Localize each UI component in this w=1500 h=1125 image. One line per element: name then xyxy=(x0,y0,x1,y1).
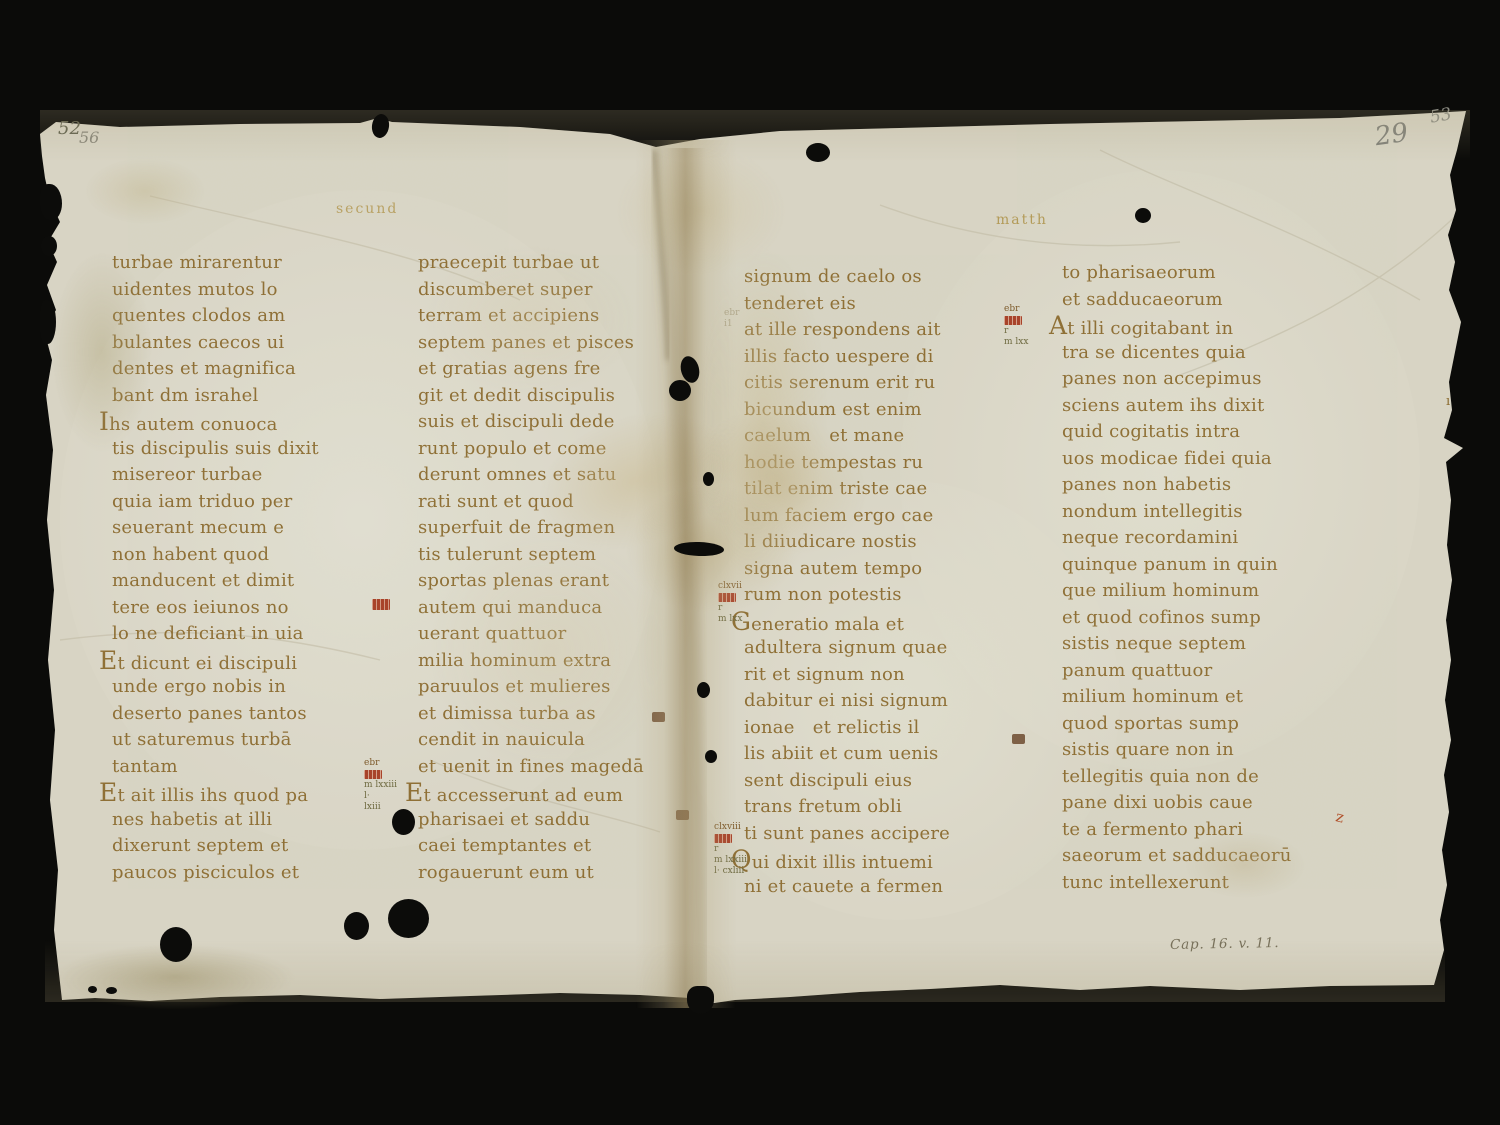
manuscript-text-line: ni et cauete a fermen xyxy=(744,874,1039,901)
manuscript-text-line: nondum intellegitis xyxy=(1062,499,1367,526)
gloss-text: m lxxiii xyxy=(714,855,774,866)
manuscript-text-line: tellegitis quia non de xyxy=(1062,764,1367,791)
manuscript-text-line: milia hominum extra xyxy=(418,648,718,675)
manuscript-text-line: rum non potestis xyxy=(744,582,1039,609)
gloss-text: ebr xyxy=(1004,304,1050,315)
eusebian-gloss: clxviiirm lxxiiil· cxliii xyxy=(714,822,774,877)
manuscript-text-line: paucos pisciculos et xyxy=(112,860,412,887)
manuscript-text-line: sciens autem ihs dixit xyxy=(1062,393,1367,420)
manuscript-text-line: rati sunt et quod xyxy=(418,489,718,516)
folio-number-pencil: 56 xyxy=(79,128,99,147)
manuscript-text-line: panes non habetis xyxy=(1062,472,1367,499)
manuscript-text-line: illis facto uespere di xyxy=(744,344,1039,371)
ink-square-mark xyxy=(652,712,665,722)
manuscript-text-line: non habent quod xyxy=(112,542,412,569)
manuscript-text-line: milium hominum et xyxy=(1062,684,1367,711)
manuscript-text-line: tilat enim triste cae xyxy=(744,476,1039,503)
manuscript-text-line: quod sportas sump xyxy=(1062,711,1367,738)
manuscript-text-line: misereor turbae xyxy=(112,462,412,489)
manuscript-text-line: saeorum et sadducaeorū xyxy=(1062,843,1367,870)
margin-tick-mark: ı xyxy=(1446,394,1450,409)
gloss-text: r xyxy=(1004,326,1050,337)
gloss-text: l· xyxy=(364,791,410,802)
manuscript-text-line: neque recordamini xyxy=(1062,525,1367,552)
manuscript-text-line: septem panes et pisces xyxy=(418,330,718,357)
gloss-text: l· cxliii xyxy=(714,866,774,877)
manuscript-text-line: ionae et relictis il xyxy=(744,715,1039,742)
chapter-verse-annotation: Cap. 16. v. 11. xyxy=(1170,935,1280,953)
gloss-text: r xyxy=(714,844,774,855)
ink-square-mark xyxy=(676,810,689,820)
manuscript-text-line: uos modicae fidei quia xyxy=(1062,446,1367,473)
eusebian-gloss: clxviirm lxx xyxy=(718,581,770,625)
gloss-text: m lxxiii xyxy=(364,780,410,791)
manuscript-text-line: ut saturemus turbā xyxy=(112,727,412,754)
manuscript-text-line: seuerant mecum e xyxy=(112,515,412,542)
gloss-text: clxviii xyxy=(714,822,774,833)
gloss-text: r xyxy=(718,603,770,614)
manuscript-text-line: tunc intellexerunt xyxy=(1062,870,1367,897)
running-title-left: secund xyxy=(336,201,398,217)
manuscript-text-line: et dimissa turba as xyxy=(418,701,718,728)
text-layer: 52 56 secund matth 29 53 Cap. 16. v. 11.… xyxy=(0,0,1500,1125)
text-column-2: praecepit turbae utdiscumberet superterr… xyxy=(418,250,718,886)
manuscript-text-line: superfuit de fragmen xyxy=(418,515,718,542)
manuscript-text-line: At illi cogitabant in xyxy=(1062,313,1367,340)
manuscript-text-line: uerant quattuor xyxy=(418,621,718,648)
manuscript-text-line: Qui dixit illis intuemi xyxy=(744,847,1039,874)
folio-number-ink: 52 xyxy=(58,118,81,139)
manuscript-text-line: dixerunt septem et xyxy=(112,833,412,860)
gloss-text: clxvii xyxy=(718,581,770,592)
gloss-text: ebr xyxy=(364,758,410,769)
manuscript-text-line: ti sunt panes accipere xyxy=(744,821,1039,848)
page-number-pencil-right: 53 xyxy=(1428,104,1453,127)
manuscript-text-line: et sadducaeorum xyxy=(1062,287,1367,314)
manuscript-text-line: et quod cofinos sump xyxy=(1062,605,1367,632)
manuscript-text-line: praecepit turbae ut xyxy=(418,250,718,277)
manuscript-text-line: et gratias agens fre xyxy=(418,356,718,383)
manuscript-text-line: pharisaei et saddu xyxy=(418,807,718,834)
gloss-text: m lxx xyxy=(1004,337,1050,348)
manuscript-text-line: lum faciem ergo cae xyxy=(744,503,1039,530)
manuscript-text-line: uidentes mutos lo xyxy=(112,277,412,304)
rubric-block xyxy=(718,593,736,602)
eusebian-gloss: ebrm lxxiiil·lxiii xyxy=(364,758,410,813)
manuscript-text-line: cendit in nauicula xyxy=(418,727,718,754)
manuscript-text-line: derunt omnes et satu xyxy=(418,462,718,489)
gloss-text: ebr xyxy=(724,308,756,319)
manuscript-text-line: Et dicunt ei discipuli xyxy=(112,648,412,675)
manuscript-text-line: tenderet eis xyxy=(744,291,1039,318)
manuscript-text-line: quid cogitatis intra xyxy=(1062,419,1367,446)
ink-square-mark xyxy=(1012,734,1025,744)
manuscript-text-line: sportas plenas erant xyxy=(418,568,718,595)
manuscript-text-line: manducent et dimit xyxy=(112,568,412,595)
manuscript-text-line: trans fretum obli xyxy=(744,794,1039,821)
gloss-text: lxiii xyxy=(364,802,410,813)
manuscript-text-line: discumberet super xyxy=(418,277,718,304)
manuscript-text-line: que milium hominum xyxy=(1062,578,1367,605)
manuscript-text-line: unde ergo nobis in xyxy=(112,674,412,701)
manuscript-text-line: turbae mirarentur xyxy=(112,250,412,277)
manuscript-text-line: adultera signum quae xyxy=(744,635,1039,662)
manuscript-text-line: pane dixi uobis caue xyxy=(1062,790,1367,817)
manuscript-text-line: tis tulerunt septem xyxy=(418,542,718,569)
manuscript-text-line: runt populo et come xyxy=(418,436,718,463)
manuscript-text-line: at ille respondens ait xyxy=(744,317,1039,344)
manuscript-text-line: caei temptantes et xyxy=(418,833,718,860)
manuscript-text-line: tis discipulis suis dixit xyxy=(112,436,412,463)
text-column-4: to pharisaeorumet sadducaeorumAt illi co… xyxy=(1062,260,1367,896)
manuscript-text-line: sent discipuli eius xyxy=(744,768,1039,795)
manuscript-text-line: bulantes caecos ui xyxy=(112,330,412,357)
manuscript-text-line: quia iam triduo per xyxy=(112,489,412,516)
rubric-mark xyxy=(372,599,390,610)
manuscript-text-line: panum quattuor xyxy=(1062,658,1367,685)
manuscript-text-line: suis et discipuli dede xyxy=(418,409,718,436)
manuscript-text-line: signum de caelo os xyxy=(744,264,1039,291)
manuscript-text-line: bicundum est enim xyxy=(744,397,1039,424)
folio-number-pencil-right: 29 xyxy=(1373,118,1410,152)
eusebian-gloss: ebrrm lxx xyxy=(1004,304,1050,348)
manuscript-text-line: rit et signum non xyxy=(744,662,1039,689)
manuscript-text-line: deserto panes tantos xyxy=(112,701,412,728)
manuscript-text-line: rogauerunt eum ut xyxy=(418,860,718,887)
manuscript-text-line: hodie tempestas ru xyxy=(744,450,1039,477)
manuscript-text-line: quentes clodos am xyxy=(112,303,412,330)
manuscript-text-line: Generatio mala et xyxy=(744,609,1039,636)
rubric-block xyxy=(714,834,732,843)
manuscript-text-line: git et dedit discipulis xyxy=(418,383,718,410)
manuscript-text-line: Ihs autem conuoca xyxy=(112,409,412,436)
manuscript-text-line: et uenit in fines magedā xyxy=(418,754,718,781)
running-title-right: matth xyxy=(996,212,1048,228)
manuscript-text-line: lis abiit et cum uenis xyxy=(744,741,1039,768)
manuscript-text-line: lo ne deficiant in uia xyxy=(112,621,412,648)
rubric-block xyxy=(1004,316,1022,325)
gloss-text: i1 xyxy=(724,319,756,330)
manuscript-text-line: dentes et magnifica xyxy=(112,356,412,383)
manuscript-text-line: to pharisaeorum xyxy=(1062,260,1367,287)
manuscript-text-line: paruulos et mulieres xyxy=(418,674,718,701)
manuscript-text-line: caelum et mane xyxy=(744,423,1039,450)
manuscript-text-line: dabitur ei nisi signum xyxy=(744,688,1039,715)
manuscript-text-line: Et accesserunt ad eum xyxy=(418,780,718,807)
manuscript-text-line: citis serenum erit ru xyxy=(744,370,1039,397)
gloss-text: m lxx xyxy=(718,614,770,625)
manuscript-text-line: autem qui manduca xyxy=(418,595,718,622)
eusebian-gloss: ebri1 xyxy=(724,308,756,330)
manuscript-text-line: terram et accipiens xyxy=(418,303,718,330)
manuscript-text-line: signa autem tempo xyxy=(744,556,1039,583)
manuscript-text-line: sistis neque septem xyxy=(1062,631,1367,658)
manuscript-text-line: te a fermento phari xyxy=(1062,817,1367,844)
manuscript-text-line: quinque panum in quin xyxy=(1062,552,1367,579)
manuscript-photograph: 52 56 secund matth 29 53 Cap. 16. v. 11.… xyxy=(0,0,1500,1125)
manuscript-text-line: tere eos ieiunos no xyxy=(112,595,412,622)
manuscript-text-line: sistis quare non in xyxy=(1062,737,1367,764)
manuscript-text-line: li diiudicare nostis xyxy=(744,529,1039,556)
manuscript-text-line: bant dm israhel xyxy=(112,383,412,410)
manuscript-text-line: tra se dicentes quia xyxy=(1062,340,1367,367)
manuscript-text-line: panes non accepimus xyxy=(1062,366,1367,393)
text-column-3: signum de caelo ostenderet eisat ille re… xyxy=(744,264,1039,900)
rubric-block xyxy=(364,770,382,779)
